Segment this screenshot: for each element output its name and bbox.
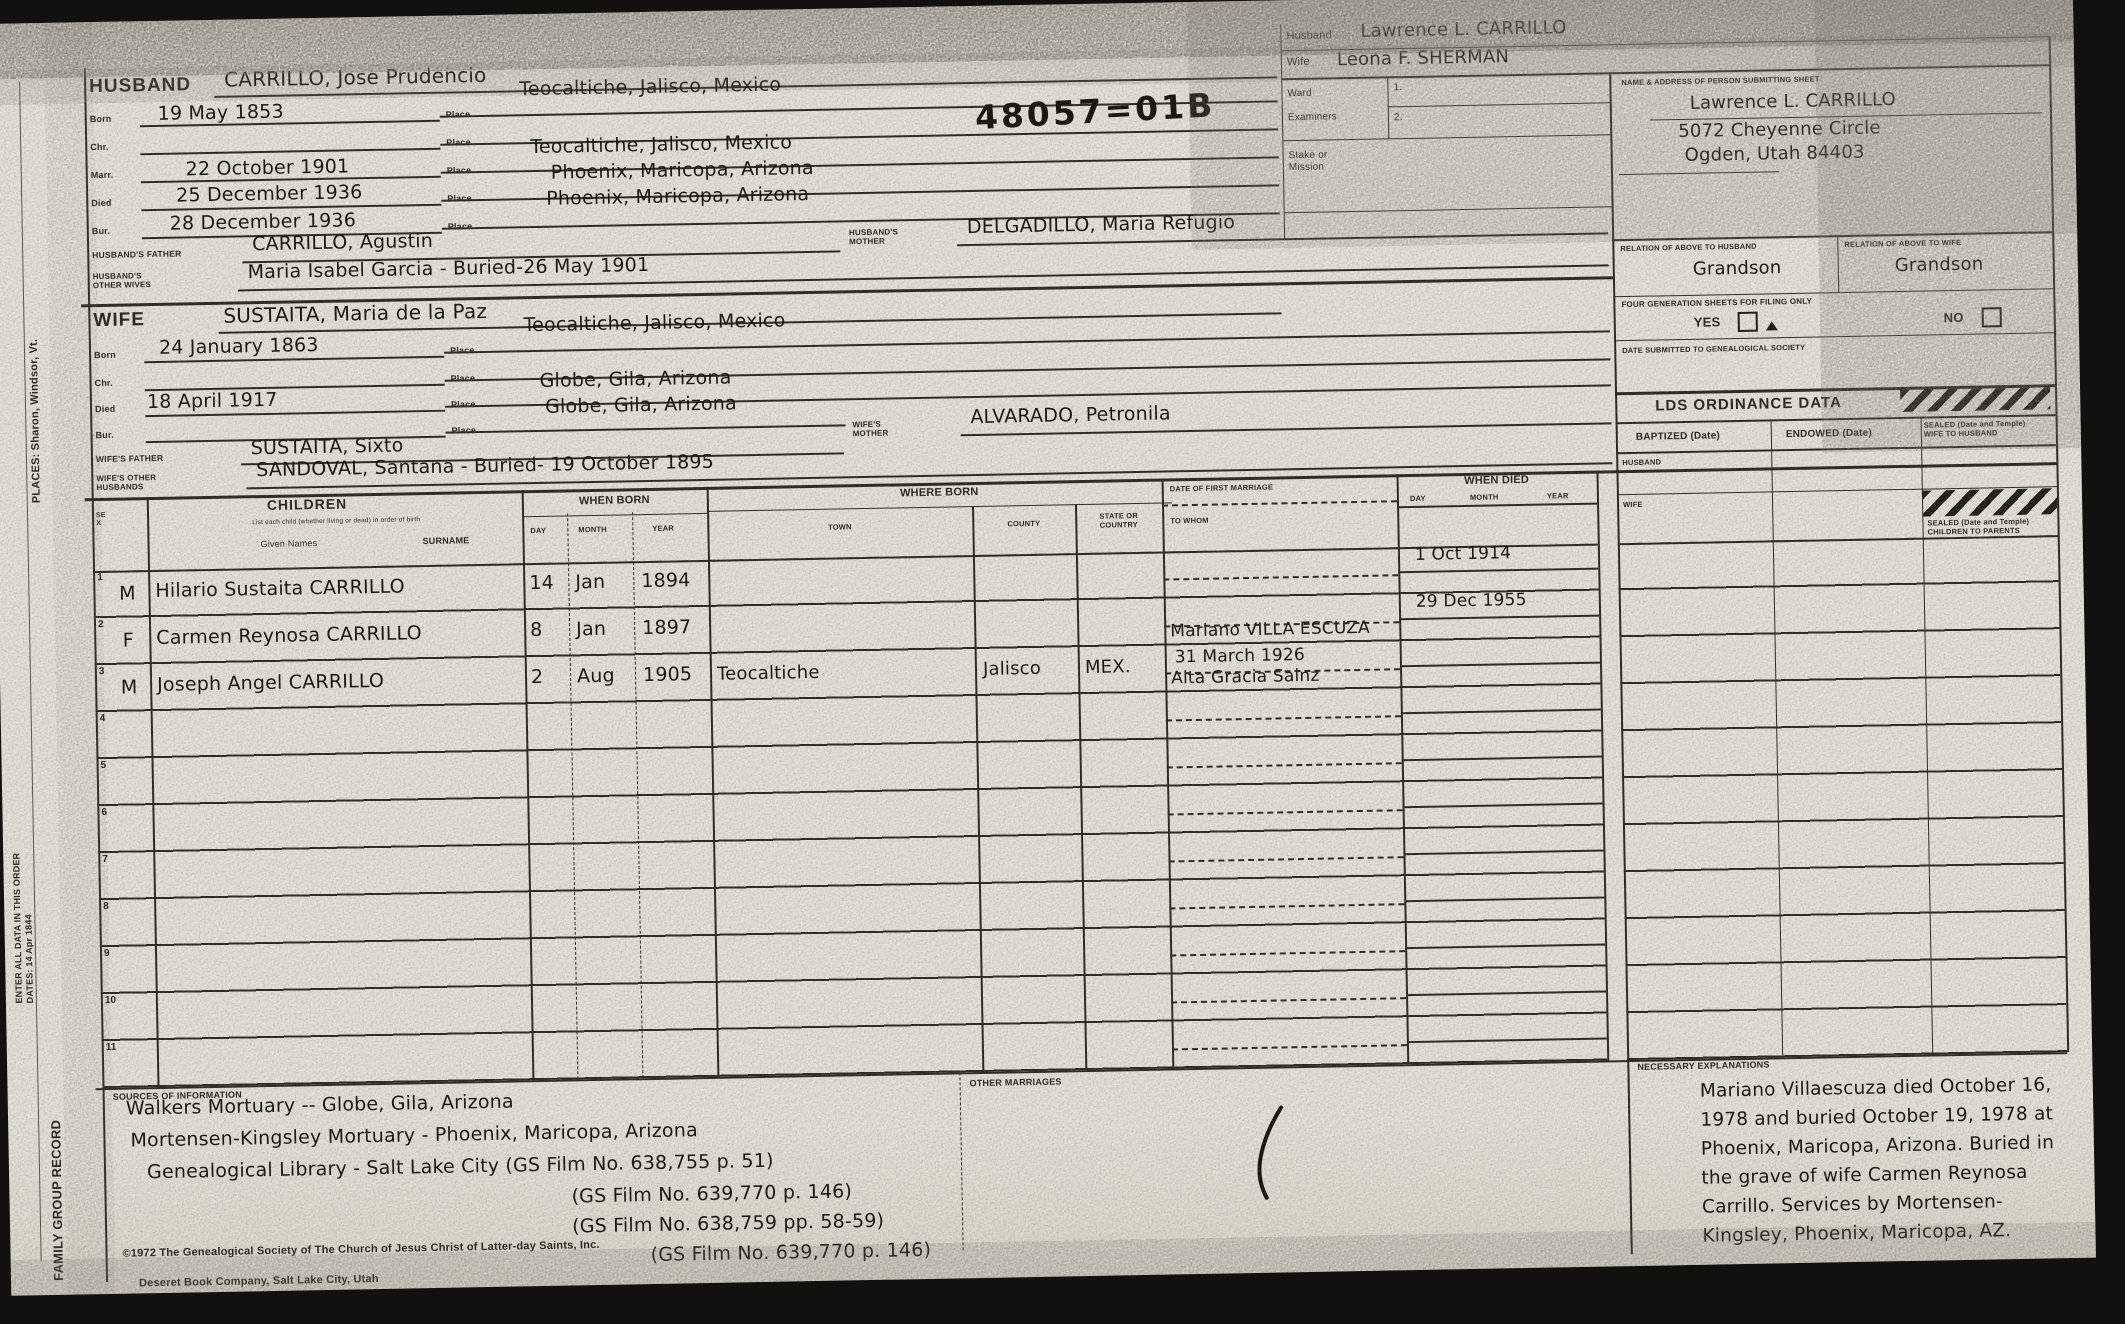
child-died-date: 1 Oct 1914 <box>1415 543 1512 565</box>
row-number: 7 <box>102 854 108 865</box>
child-born-year: 1905 <box>643 663 693 686</box>
submitter-street: 5072 Cheyenne Circle <box>1678 117 1881 142</box>
margin-order-note-text: ENTER ALL DATA IN THIS ORDER <box>11 853 24 1004</box>
died-column-line <box>1405 944 1605 950</box>
died-column-line <box>1399 615 1599 621</box>
child-sex <box>116 817 148 818</box>
date-submitted-label: DATE SUBMITTED TO GENEALOGICAL SOCIETY <box>1622 343 1805 355</box>
wife-born-date: 24 January 1863 <box>159 334 319 359</box>
tr-wife-label: Wife <box>1287 56 1310 68</box>
wife-bur-place: Globe, Gila, Arizona <box>545 392 737 418</box>
when-born-label: WHEN BORN <box>522 493 707 508</box>
row-number: 9 <box>104 948 110 959</box>
stray-pen-stroke <box>1243 1105 1295 1201</box>
child-name: Joseph Angel CARRILLO <box>157 670 384 696</box>
sealed-children-hatch <box>1922 488 2057 516</box>
source-line-5: (GS Film No. 638,759 pp. 58-59) <box>572 1210 884 1238</box>
child-sex <box>117 911 149 912</box>
lds-ordinance-rows <box>1618 535 2067 1060</box>
wife-bur-label: Bur. <box>95 430 113 440</box>
child-born-day: 14 <box>529 572 554 594</box>
husband-mother: DELGADILLO, Maria Refugio <box>967 211 1236 238</box>
child-born-town: Teocaltiche <box>717 662 820 685</box>
where-born-underline <box>707 502 1172 512</box>
child-born-year: 1894 <box>641 569 691 592</box>
other-marriages-label: OTHER MARRIAGES <box>969 1077 1061 1089</box>
marriage-dashed-line <box>1169 903 1404 909</box>
town-label: TOWN <box>707 520 972 534</box>
submitter-header: NAME & ADDRESS OF PERSON SUBMITTING SHEE… <box>1621 74 1819 87</box>
child-born-month: Jan <box>575 571 605 594</box>
wife-born-place: Teocaltiche, Jalisco, Mexico <box>523 309 785 336</box>
lds-title: LDS ORDINANCE DATA <box>1655 394 1842 414</box>
marriage-dashed-line <box>1166 715 1401 721</box>
wife-born-label: Born <box>94 350 116 360</box>
explanations-label: NECESSARY EXPLANATIONS <box>1637 1060 1769 1072</box>
row-number: 3 <box>99 666 105 677</box>
four-gen-label: FOUR GENERATION SHEETS FOR FILING ONLY <box>1621 297 1812 309</box>
relation-husband-label: RELATION OF ABOVE TO HUSBAND <box>1620 242 1756 253</box>
lds-header-bottom <box>1616 444 2056 454</box>
child-born-month: Aug <box>577 665 615 688</box>
child-sex: F <box>112 629 144 652</box>
wife-other-husbands-label: WIFE'S OTHER HUSBANDS <box>96 473 156 492</box>
child-sex <box>119 1005 151 1006</box>
husband-chr-line <box>140 148 440 155</box>
relation-bottom-border <box>1613 288 2053 297</box>
child-marriage-date: 31 March 1926 <box>1175 645 1305 667</box>
submitter-name: Lawrence L. CARRILLO <box>1690 89 1897 114</box>
wife-chr-label: Chr. <box>95 378 113 388</box>
died-column-line <box>1404 897 1604 903</box>
county-label: COUNTY <box>972 518 1075 529</box>
tr-wife-name: Leona F. SHERMAN <box>1337 46 1510 70</box>
husband-born-place: Teocaltiche, Jalisco, Mexico <box>519 73 781 100</box>
page-fold-line <box>19 81 42 1261</box>
copyright-line-1: ©1972 The Genealogical Society of The Ch… <box>122 1239 599 1260</box>
submitter-city: Ogden, Utah 84403 <box>1685 142 1865 166</box>
husband-other-wives-label: HUSBAND'S OTHER WIVES <box>93 271 152 290</box>
when-born-underline <box>522 513 707 517</box>
submitter-extra-line <box>1619 171 1779 175</box>
child-sex <box>120 1052 152 1053</box>
form-title-vertical: FAMILY GROUP RECORD <box>48 1120 66 1281</box>
died-column-line <box>1406 991 1606 997</box>
source-line-2: Mortensen-Kingsley Mortuary - Phoenix, M… <box>130 1119 698 1151</box>
first-marriage-label: DATE OF FIRST MARRIAGE <box>1170 483 1274 494</box>
wife-bur-place-line <box>446 424 846 433</box>
died-column-line <box>1403 850 1603 856</box>
husband-father-label: HUSBAND'S FATHER <box>92 248 181 260</box>
relation-divider <box>1837 235 1839 292</box>
yes-checkbox <box>1738 312 1758 332</box>
explanations-text: Mariano Villaescuza died October 16, 197… <box>1700 1070 2075 1251</box>
tr-husband-name: Lawrence L. CARRILLO <box>1360 17 1567 42</box>
marriage-dashed-line <box>1171 997 1406 1003</box>
source-line-3: Genealogical Library - Salt Lake City (G… <box>147 1150 774 1183</box>
examiners-bottom-rule <box>1282 134 1610 141</box>
when-died-label: WHEN DIED <box>1397 473 1597 489</box>
source-line-6: (GS Film No. 639,770 p. 146) <box>650 1239 931 1266</box>
husband-bur-label: Bur. <box>92 226 110 236</box>
died-year-label: YEAR <box>1547 491 1569 500</box>
lds-title-hatch <box>1900 387 2050 412</box>
marriage-dashed-line <box>1163 574 1398 580</box>
husband-chr-label: Chr. <box>90 142 108 152</box>
other-marriages-left-border <box>959 1072 963 1250</box>
no-label: NO <box>1944 310 1964 325</box>
child-sex <box>118 958 150 959</box>
wife-died-label: Died <box>95 404 115 414</box>
sealed-wife-label: SEALED (Date and Temple) WIFE TO HUSBAND <box>1924 419 2026 439</box>
relation-husband-value: Grandson <box>1693 257 1782 280</box>
row-number: 10 <box>105 995 116 1006</box>
ward-label: Ward <box>1287 88 1312 99</box>
to-whom-label: TO WHOM <box>1170 516 1209 526</box>
scanned-document-viewport: PLACES: Sharon, Windsor, Vt. ENTER ALL D… <box>0 0 2125 1324</box>
died-column-line <box>1401 709 1601 715</box>
died-column-line <box>1402 756 1602 762</box>
marriage-dashed-line <box>1167 762 1402 768</box>
yes-label: YES <box>1694 314 1721 329</box>
husband-bur-place: Phoenix, Maricopa, Arizona <box>546 183 809 210</box>
marriage-dashed-line <box>1170 950 1405 956</box>
when-died-underline <box>1397 503 1597 509</box>
child-sex <box>115 770 147 771</box>
children-column-label: CHILDREN <box>267 495 348 512</box>
source-line-4: (GS Film No. 639,770 p. 146) <box>571 1180 852 1207</box>
first-marriage-dash <box>1162 500 1397 506</box>
sealed-children-label: SEALED (Date and Temple) CHILDREN TO PAR… <box>1927 517 2029 537</box>
row-number: 6 <box>101 807 107 818</box>
stake-bottom-rule <box>1284 206 1612 213</box>
children-rows: 1 M Hilario Sustaita CARRILLO 14 Jan 189… <box>93 544 1607 1088</box>
died-month-label: MONTH <box>1470 492 1499 502</box>
margin-dates-note-text: DATES: 14 Apr 1844 <box>23 914 35 1003</box>
died-column-line <box>1407 1038 1607 1044</box>
lds-wife-row-label: WIFE <box>1623 500 1643 509</box>
examiner-line-2: 2. <box>1394 112 1403 123</box>
child-name: Hilario Sustaita CARRILLO <box>155 575 405 602</box>
margin-order-note: ENTER ALL DATA IN THIS ORDER DATES: 14 A… <box>11 852 36 1003</box>
died-column-line <box>1398 568 1598 574</box>
given-names-label: Given Names <box>260 538 317 549</box>
wife-mother: ALVARADO, Petronila <box>970 402 1171 428</box>
died-column-line <box>1403 803 1603 809</box>
no-checkbox <box>1982 307 2002 327</box>
pencil-arrow-mark <box>1766 321 1778 330</box>
husband-father: CARRILLO, Agustin <box>252 230 433 255</box>
child-born-state: MEX. <box>1085 656 1131 678</box>
relation-wife-value: Grandson <box>1895 253 1984 276</box>
husband-marr-date: 22 October 1901 <box>185 155 349 180</box>
row-number: 11 <box>106 1042 117 1053</box>
relation-wife-label: RELATION OF ABOVE TO WIFE <box>1844 238 1961 249</box>
stake-mission-label: Stake or Mission <box>1289 149 1328 174</box>
husband-marr-label: Marr. <box>91 170 114 180</box>
wife-died-place: Globe, Gila, Arizona <box>539 366 731 392</box>
husband-died-date: 25 December 1936 <box>176 181 363 206</box>
child-sex: M <box>111 582 143 605</box>
copyright-line-2: Deseret Book Company, Salt Lake City, Ut… <box>139 1273 379 1289</box>
child-born-month: Jan <box>576 618 606 641</box>
marriage-dashed-line <box>1168 809 1403 815</box>
child-name: Carmen Reynosa CARRILLO <box>156 622 422 649</box>
marriage-dashed-line <box>1172 1044 1407 1050</box>
husband-other-wives: Maria Isabel Garcia - Buried-26 May 1901 <box>247 254 649 283</box>
husband-marr-place: Teocaltiche, Jalisco, Mexico <box>530 131 792 158</box>
margin-places-note: PLACES: Sharon, Windsor, Vt. <box>28 339 43 504</box>
wife-died-date: 18 April 1917 <box>147 389 278 413</box>
baptized-label: BAPTIZED (Date) <box>1636 430 1720 443</box>
day-label: DAY <box>530 526 546 535</box>
where-born-label: WHERE BORN <box>707 482 1172 503</box>
husband-name: CARRILLO, Jose Prudencio <box>224 63 487 92</box>
wife-father-label: WIFE'S FATHER <box>96 453 163 464</box>
child-born-day: 2 <box>531 666 544 688</box>
examiners-label: Examiners <box>1288 111 1337 123</box>
endowed-label: ENDOWED (Date) <box>1786 428 1872 441</box>
child-sex <box>116 864 148 865</box>
wife-mother-label: WIFE'S MOTHER <box>852 420 888 439</box>
husband-mother-label: HUSBAND'S MOTHER <box>849 227 898 246</box>
children-column-note: List each child (whether living or dead)… <box>252 516 420 526</box>
died-column-line <box>1400 662 1600 668</box>
topright-left-border <box>1280 24 1285 240</box>
child-born-county: Jalisco <box>983 658 1041 680</box>
wife-father: SUSTAITA, Sixto <box>251 434 404 459</box>
examiner-line-1-rule <box>1388 102 1610 107</box>
husband-born-date: 19 May 1853 <box>157 101 283 125</box>
child-born-year: 1897 <box>642 616 692 639</box>
four-gen-bottom-rule <box>1614 332 2054 341</box>
died-day-label: DAY <box>1410 494 1426 503</box>
marriage-dashed-line <box>1169 856 1404 862</box>
wife-section-label: WIFE <box>93 309 145 332</box>
sex-column-label: SEX <box>96 512 108 528</box>
surname-label: SURNAME <box>422 535 469 546</box>
row-number: 8 <box>103 901 109 912</box>
lds-husband-row-label: HUSBAND <box>1622 457 1661 467</box>
row-number: 2 <box>98 619 104 630</box>
state-country-label: STATE OR COUNTRY <box>1075 511 1162 531</box>
submitter-bottom-border <box>1612 231 2052 241</box>
row-number: 5 <box>101 760 107 771</box>
child-died-date: 29 Dec 1955 <box>1416 590 1527 612</box>
row-number: 4 <box>100 713 106 724</box>
child-sex: M <box>113 676 145 699</box>
family-group-record-sheet: PLACES: Sharon, Windsor, Vt. ENTER ALL D… <box>0 0 2096 1296</box>
husband-born-label: Born <box>90 114 112 124</box>
examiner-line-1: 1. <box>1393 82 1402 93</box>
husband-section-label: HUSBAND <box>89 74 191 98</box>
child-born-day: 8 <box>530 619 543 641</box>
tr-husband-label: Husband <box>1286 29 1332 42</box>
month-label: MONTH <box>578 525 607 535</box>
row-number: 1 <box>97 572 103 583</box>
year-label: YEAR <box>652 524 674 533</box>
child-sex <box>114 723 146 724</box>
wife-name: SUSTAITA, Maria de la Paz <box>223 299 487 328</box>
husband-died-label: Died <box>91 198 111 208</box>
husband-died-place: Phoenix, Maricopa, Arizona <box>551 157 814 184</box>
